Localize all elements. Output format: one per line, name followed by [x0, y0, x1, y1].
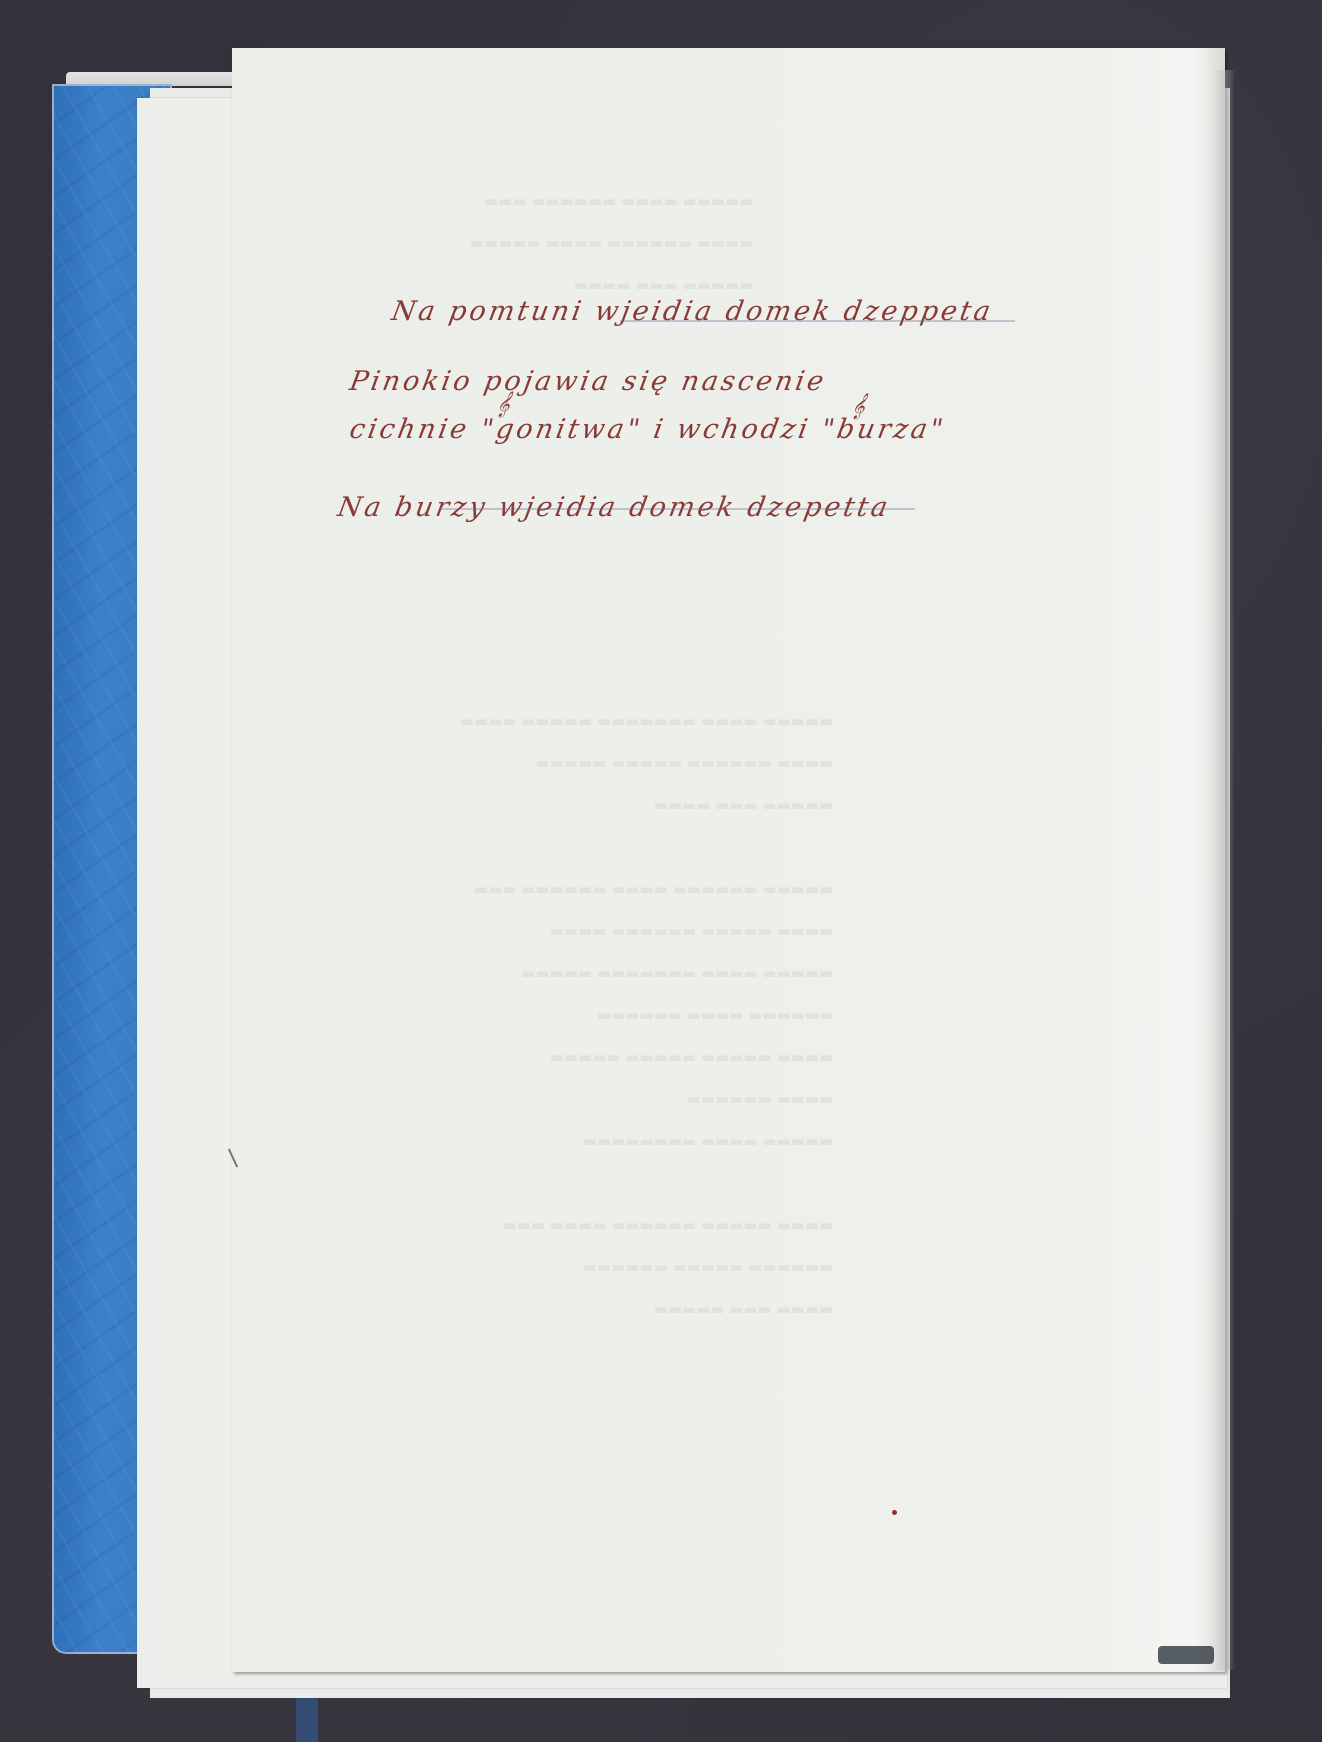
handwritten-page	[232, 48, 1225, 1672]
handwritten-line-1: Na pomtuni wjeidia domek dzeppeta	[389, 296, 995, 327]
binder-clip	[1158, 1646, 1214, 1664]
strikethrough-line	[440, 508, 915, 510]
handwritten-line-2: Pinokio pojawia się nascenie	[347, 366, 829, 397]
strikethrough-line	[620, 320, 1015, 322]
ink-dot	[892, 1510, 897, 1515]
page-left-margin	[160, 100, 240, 1672]
page-right-edge	[1205, 70, 1235, 1670]
